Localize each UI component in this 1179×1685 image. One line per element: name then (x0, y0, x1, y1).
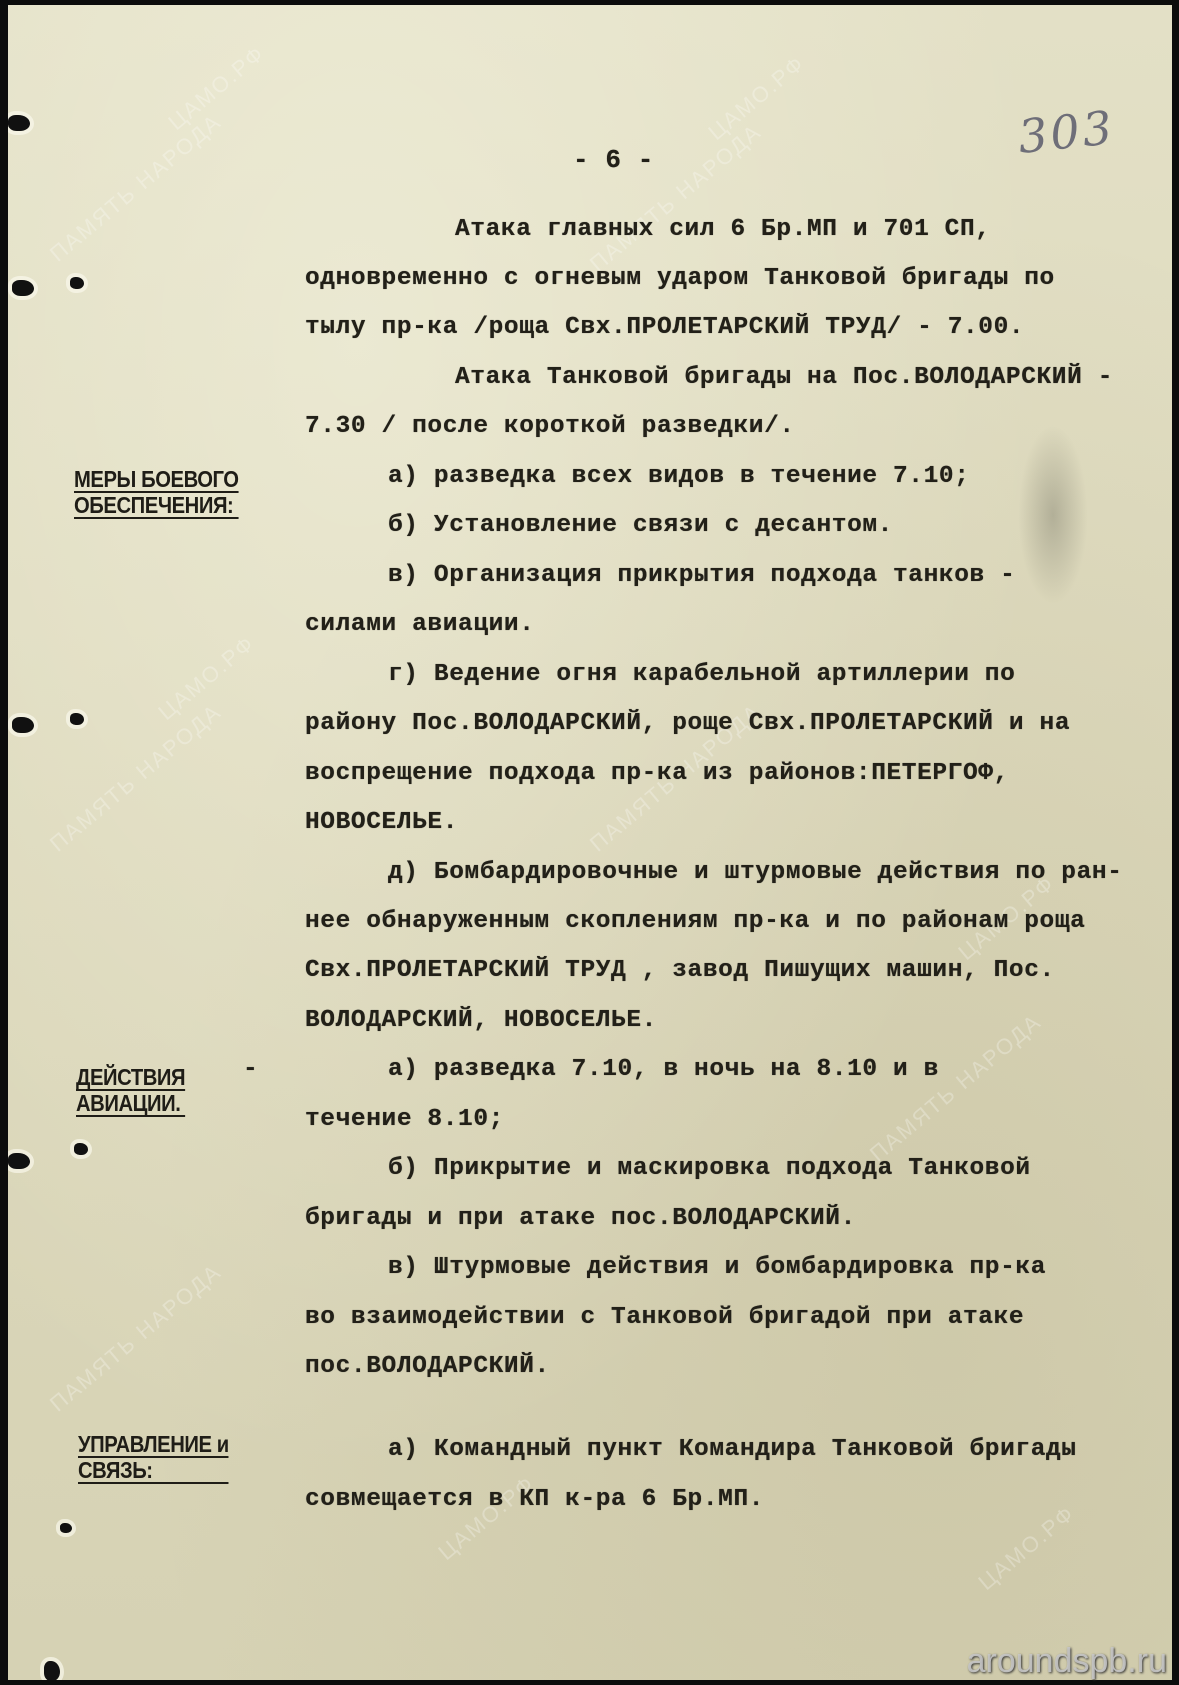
text-line: ВОЛОДАРСКИЙ, НОВОСЕЛЬЕ. (305, 1006, 657, 1036)
watermark-camo: ЦАМО.РФ (703, 50, 810, 146)
text-line: Атака главных сил 6 Бр.МП и 701 СП, (455, 215, 991, 245)
text-line: в) Организация прикрытия подхода танков … (388, 561, 1015, 591)
text-line: б) Установление связи с десантом. (388, 511, 893, 541)
text-line: Свх.ПРОЛЕТАРСКИЙ ТРУД , завод Пишущих ма… (305, 956, 1055, 986)
section-heading-aviation: ДЕЙСТВИЯ АВИАЦИИ. (76, 1065, 185, 1117)
section-heading-command: УПРАВЛЕНИЕ и СВЯЗЬ: (78, 1432, 229, 1484)
watermark-pamyat: ПАМЯТЬ НАРОДА (45, 1259, 227, 1418)
text-line: совмещается в КП к-ра 6 Бр.МП. (305, 1485, 764, 1515)
text-line: течение 8.10; (305, 1105, 504, 1135)
binder-hole (12, 280, 34, 296)
page-number: - 6 - (573, 145, 654, 175)
site-watermark: aroundspb.ru (967, 1642, 1167, 1681)
binder-hole (74, 1143, 88, 1155)
watermark-camo: ЦАМО.РФ (973, 1500, 1080, 1596)
heading-dash: - (243, 1055, 258, 1085)
watermark-camo: ЦАМО.РФ (153, 630, 260, 726)
binder-hole (8, 1153, 30, 1169)
text-line: пос.ВОЛОДАРСКИЙ. (305, 1352, 550, 1382)
text-line: нее обнаруженным скоплениям пр-ка и по р… (305, 907, 1085, 937)
binder-hole (44, 1661, 60, 1680)
binder-hole (60, 1523, 72, 1533)
text-line: тылу пр-ка /роща Свх.ПРОЛЕТАРСКИЙ ТРУД/ … (305, 313, 1024, 343)
text-line: д) Бомбардировочные и штурмовые действия… (388, 858, 1123, 888)
text-line: во взаимодействии с Танковой бригадой пр… (305, 1303, 1024, 1333)
text-line: НОВОСЕЛЬЕ. (305, 808, 458, 838)
text-line: в) Штурмовые действия и бомбардировка пр… (388, 1253, 1046, 1283)
text-line: одновременно с огневым ударом Танковой б… (305, 264, 1055, 294)
text-line: а) Командный пункт Командира Танковой бр… (388, 1435, 1077, 1465)
document-page: ЦАМО.РФ ЦАМО.РФ ПАМЯТЬ НАРОДА ПАМЯТЬ НАР… (8, 5, 1172, 1680)
watermark-pamyat: ПАМЯТЬ НАРОДА (45, 109, 227, 268)
text-line: силами авиации. (305, 610, 535, 640)
binder-hole (70, 713, 84, 725)
binder-hole (8, 115, 30, 131)
watermark-pamyat: ПАМЯТЬ НАРОДА (865, 1009, 1047, 1168)
text-line: воспрещение подхода пр-ка из районов:ПЕТ… (305, 759, 1009, 789)
text-line: Атака Танковой бригады на Пос.ВОЛОДАРСКИ… (455, 363, 1113, 393)
text-line: а) разведка всех видов в течение 7.10; (388, 462, 970, 492)
binder-hole (12, 717, 34, 733)
watermark-pamyat: ПАМЯТЬ НАРОДА (585, 119, 767, 278)
watermark-camo: ЦАМО.РФ (163, 40, 270, 136)
text-line: а) разведка 7.10, в ночь на 8.10 и в (388, 1055, 939, 1085)
text-line: 7.30 / после короткой разведки/. (305, 412, 795, 442)
text-line: району Пос.ВОЛОДАРСКИЙ, роще Свх.ПРОЛЕТА… (305, 709, 1070, 739)
section-heading-combat-support: МЕРЫ БОЕВОГО ОБЕСПЕЧЕНИЯ: (74, 467, 239, 519)
text-line: б) Прикрытие и маскировка подхода Танков… (388, 1154, 1031, 1184)
text-line: бригады и при атаке пос.ВОЛОДАРСКИЙ. (305, 1204, 856, 1234)
binder-hole (70, 277, 84, 289)
text-line: г) Ведение огня карабельной артиллерии п… (388, 660, 1015, 690)
archive-handwritten-number: 303 (1015, 100, 1117, 164)
ink-smudge (1018, 425, 1088, 605)
